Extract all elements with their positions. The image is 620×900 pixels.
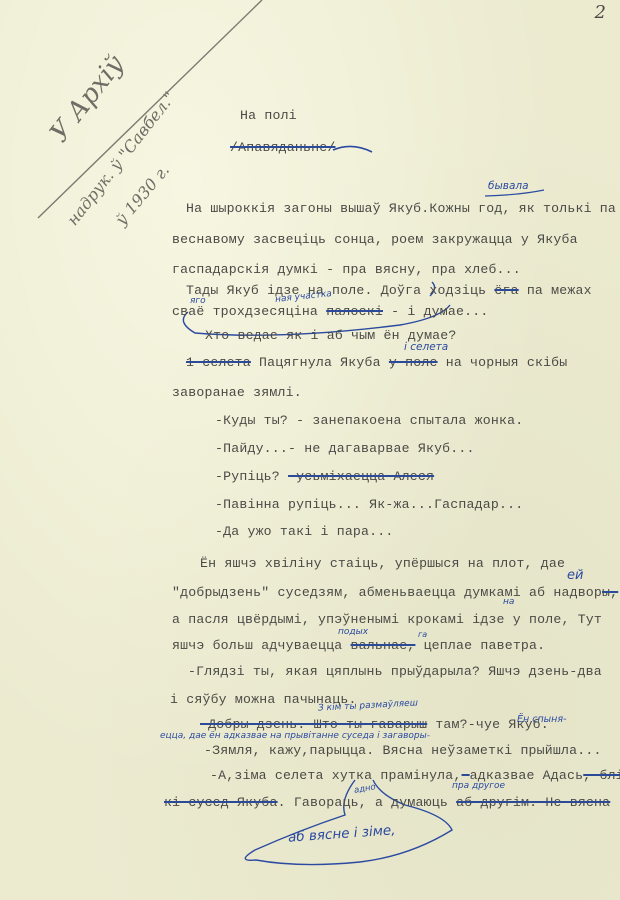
text-line-2: веснавому засвеціць сонца, роем закружац… [172,232,578,247]
text-line-15-struck: ы, [602,585,618,600]
text-line-3: гаспадарскія думкі - пра вясну, пра хлеб… [172,262,521,277]
text-line-21: -Зямля, кажу,парыцца. Вясна неўзаметкі п… [204,743,602,758]
ink-insert-i-seleta: і селета [404,341,448,353]
text-line-13: -Да ужо такі і пара... [215,524,394,539]
text-line-23: кі сусед Якуба. Гавораць, а думаюць аб д… [164,795,610,810]
text-line-4-a: Тады Якуб ідзе на поле. Доўга ходзіць [186,283,486,298]
text-line-15: "добрыдзень" суседзям, абменьваецца думк… [172,585,618,600]
ink-insert-yon-2: ецца, дае ён адказвае на прывітанне сусе… [160,731,430,741]
text-line-22: -А,зіма селета хутка прамінула,-адказвае… [210,768,620,783]
text-line-4-b: па межах [527,283,592,298]
ink-insert-podykh: подых [338,627,368,637]
ink-insert-yon-1: Ён спыня- [517,714,567,725]
text-line-22-struck-2: , бліз- [583,768,620,783]
text-line-5-b: - і думае... [391,304,488,319]
text-line-12: -Павінна рупіць... Як-жа...Гаспадар... [215,497,523,512]
text-line-4: Тады Якуб ідзе на поле. Доўга ходзіць ёг… [186,283,592,298]
ink-insert-yago: ягo [190,296,206,306]
text-line-4-struck: ёгa [494,283,518,298]
text-line-15-a: "добрыдзень" суседзям, абменьваецца думк… [172,585,602,600]
text-line-11-a: -Рупіць? [215,469,280,484]
text-line-22-a: -А,зіма селета хутка прамінула, [210,768,462,783]
text-line-16: а пасля цвёрдымі, упэўненымі крокамі ідз… [172,612,602,627]
ink-insert-na: на [503,597,514,607]
ink-insert-byvala: бывала [488,180,529,192]
text-line-23-a: . Гавораць, а думаюць [278,795,448,810]
text-line-5-struck: палоскі [326,304,383,319]
text-line-20-struck: -Добры дзень. Што ты гаварыш [200,717,427,732]
text-line-7-struck-2: у поле [389,355,438,370]
text-line-1: На шыроккія загоны вышаў Якуб.Кожны год,… [186,201,616,216]
text-line-5: сваё трохдзесяціна палоскі - і думае... [172,304,488,319]
text-line-23-struck-3: . Не вясна [529,795,610,810]
text-line-11: -Рупіць? -усьміхаецца Алеся [215,469,434,484]
ink-insert-pra-drugoe: пра другое [452,781,505,791]
text-line-7: 1 селета Пацягнула Якуба у поле на чорны… [186,355,567,370]
text-line-10: -Пайду...- не дагаварвае Якуб... [215,441,475,456]
text-line-20: -Добры дзень. Што ты гаварыш там?-чуе Як… [200,717,549,732]
ink-insert-ei: ей [567,568,583,583]
text-line-14: Ён яшчэ хвіліну стаіць, упёршыся на плот… [200,556,565,571]
text-line-9: -Куды ты? - занепакоена спытала жонка. [215,413,523,428]
document-subtitle-struck: /Апавяданьне/ [230,140,335,155]
text-line-23-struck: кі сусед Якуба [164,795,278,810]
ink-insert-ga: га [418,630,427,639]
text-line-7-struck: 1 селета [186,355,251,370]
text-line-5-a: сваё трохдзесяціна [172,304,318,319]
text-line-17-a: яшчэ больш адчуваецца [172,638,342,653]
text-line-18: -Глядзі ты, якая цяплынь прыўдарыла? Яшч… [188,664,602,679]
text-line-7-b: на чорныя скібы [446,355,568,370]
text-line-17-b: цеплае паветра. [424,638,546,653]
text-line-7-a: Пацягнула Якуба [259,355,381,370]
text-line-8: заворанае зямлі. [172,385,302,400]
page-number: 2 [595,2,606,23]
text-line-17: яшчэ больш адчуваецца вальнае, цеплае па… [172,638,545,653]
text-line-17-struck: вальнае, [351,638,416,653]
text-line-23-struck-2: аб другім [456,795,529,810]
document-title: На полі [240,108,297,123]
text-line-11-struck: -усьміхаецца Алеся [288,469,434,484]
